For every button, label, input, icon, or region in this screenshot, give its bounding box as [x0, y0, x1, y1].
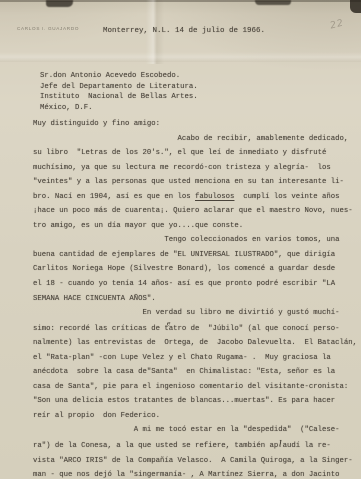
letter-line: Acabo de recibir, amablemente dedicado, [33, 132, 357, 147]
scan-edge-mark [46, 0, 73, 7]
letter-line: ¡hace un poco más de cuarenta¡. Quiero a… [33, 204, 357, 219]
letterhead-name: CARLOS I. GUAJARDO [17, 26, 79, 31]
letter-line: anécdota sobre la casa de"Santa" en Chim… [33, 365, 357, 380]
letter-line: simo: recordé las críticas de teatro de … [33, 321, 357, 337]
letter-line: el 18 - cuando yo tenía 14 años- así es … [33, 277, 357, 292]
letter-line: bro. Nací en 1904, así es que en los fab… [33, 190, 357, 205]
letter-line: muchísimo, ya que su lectura me recordó-… [33, 161, 357, 176]
date-line: Monterrey, N.L. 14 de julio de 1966. [103, 27, 265, 35]
letter-line: ra") de la Conesa, a la que usted se ref… [33, 438, 357, 454]
letter-line: man - que nos dejó la "singermanía- , A … [33, 468, 357, 479]
letter-body: Muy distinguido y fino amigo: Acabo de r… [33, 117, 357, 479]
letter-line: Muy distinguido y fino amigo: [33, 117, 357, 132]
address-line: Sr.don Antonio Acevedo Escobedo. [40, 71, 198, 82]
letter-page: CARLOS I. GUAJARDO Monterrey, N.L. 14 de… [0, 0, 361, 479]
letter-line: A mi me tocó estar en la "despedida" ("C… [33, 423, 357, 438]
letter-line: tro amigo, es un día mayor que yo....que… [33, 219, 357, 234]
letter-line: casa de Santa", pie para el ingenioso co… [33, 380, 357, 395]
letter-line: buena cantidad de ejemplares de "EL UNIV… [33, 248, 357, 263]
address-line: Jefe del Departamento de Literatura. [40, 82, 198, 93]
letter-line: vista "ARCO IRIS" de la Compañía Velasco… [33, 454, 357, 469]
letter-line: "veintes" y a las personas que usted men… [33, 175, 357, 190]
pencil-page-number: 22 [329, 17, 345, 31]
letter-line: En verdad su libro me divirtió y gustó m… [33, 306, 357, 321]
address-line: Instituto Nacional de Bellas Artes. [40, 92, 198, 103]
underlined-word: fabulosos [195, 193, 234, 201]
recipient-address: Sr.don Antonio Acevedo Escobedo.Jefe del… [40, 71, 198, 113]
letter-line: reír al propio don Federico. [33, 409, 357, 424]
letter-line: su libro "Letras de los 20's.", el que l… [33, 146, 357, 161]
letter-line: SEMANA HACE CINCUENTA AÑOS". [33, 292, 357, 307]
scan-edge-mark [350, 0, 361, 13]
letter-line: Tengo coleccionados en varios tomos, una [33, 233, 357, 248]
address-line: México, D.F. [40, 103, 198, 114]
letter-line: Carlitos Noriega Hope (Silvestre Bonard)… [33, 262, 357, 277]
scan-edge-mark [255, 0, 291, 5]
handwritten-correction: l [278, 438, 282, 453]
letter-line: nalmente) las entrevistas de Ortega, de … [33, 336, 357, 351]
paper-crease [0, 52, 361, 62]
letter-line: el "Rata-plan" -con Lupe Velez y el Chat… [33, 351, 357, 366]
letter-line: "Son una delicia estos tratantes de blan… [33, 394, 357, 409]
